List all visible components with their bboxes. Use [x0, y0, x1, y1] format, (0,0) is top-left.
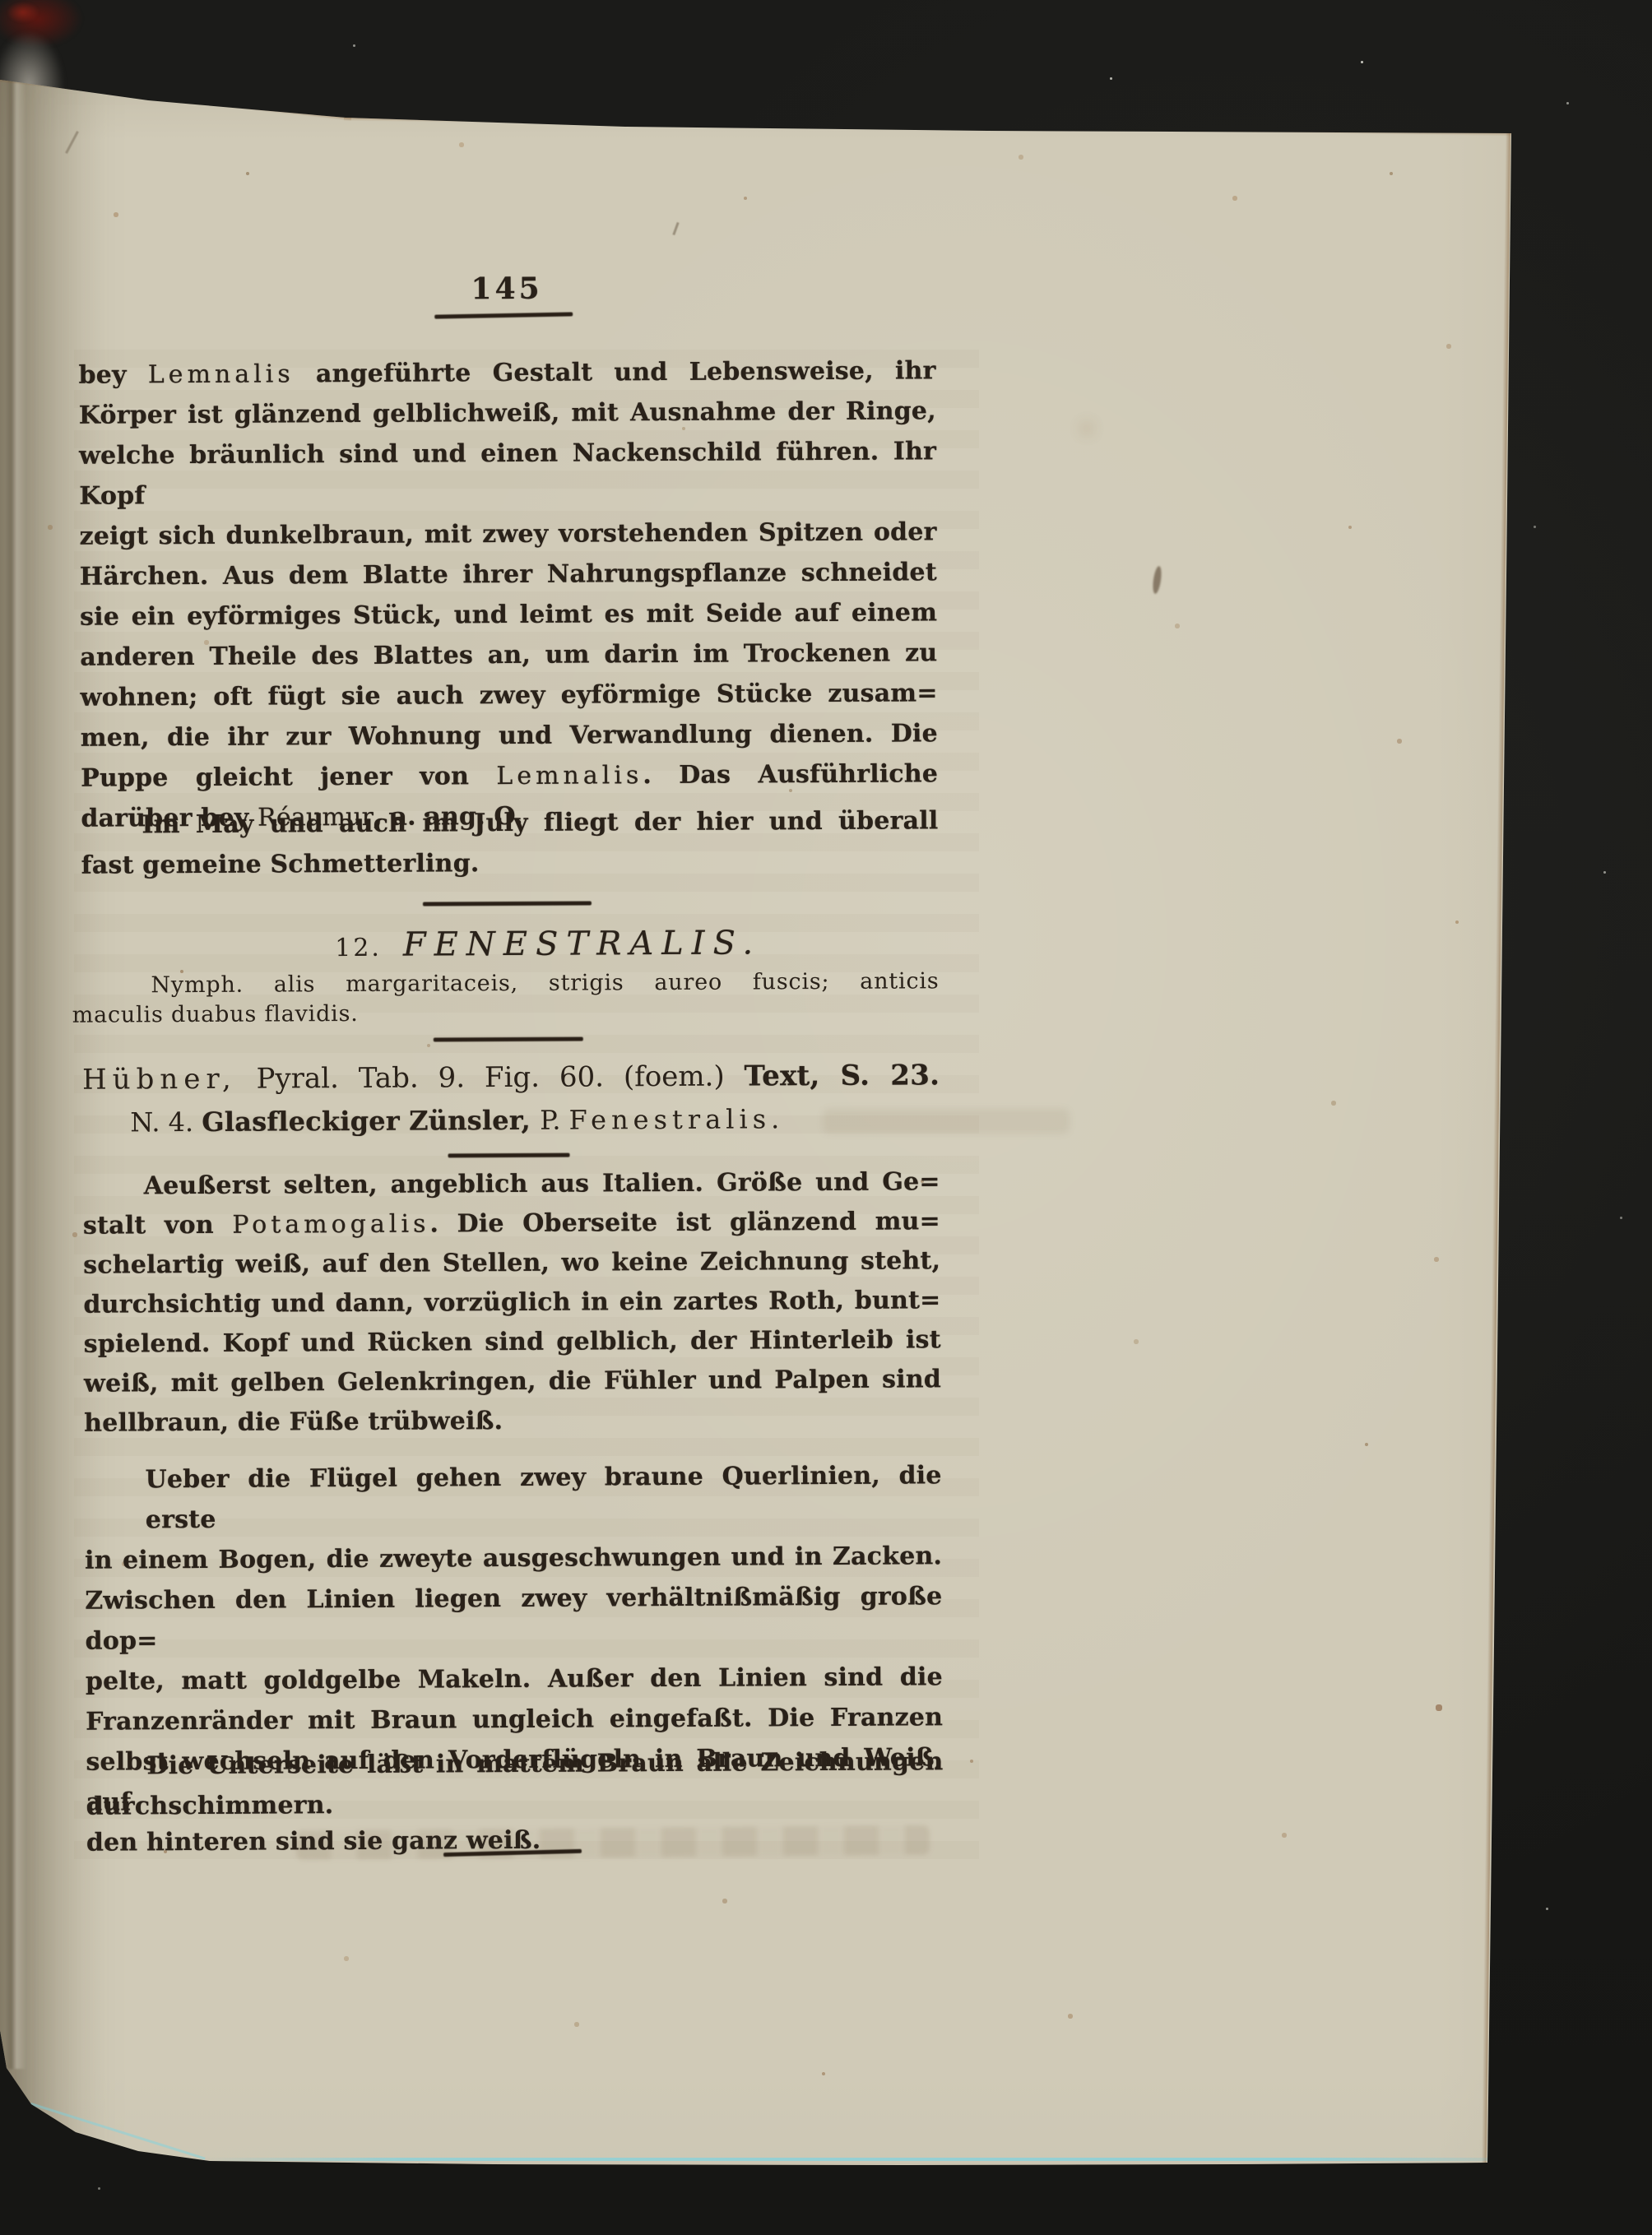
separator-rule — [434, 1037, 583, 1042]
text-line: Aeußerst selten, angeblich aus Italien. … — [83, 1162, 940, 1206]
reference-german-name: N. 4. Glasfleckiger Zünsler, P. Fenestra… — [82, 1100, 987, 1141]
page-number: 145 — [78, 269, 935, 309]
species-name: Lemnalis — [496, 761, 643, 791]
text-line: Ueber die Flügel gehen zwey braune Querl… — [84, 1455, 941, 1540]
species-name: Fenestralis. — [569, 1103, 785, 1135]
reference-huebner: Hübner, Pyral. Tab. 9. Fig. 60. (foem.) … — [82, 1056, 940, 1098]
paragraph-lemnalis-description: bey Lemnalis angeführte Gestalt und Lebe… — [78, 350, 938, 838]
section-title: FENESTRALIS. — [403, 924, 762, 963]
text-line: men, die ihr zur Wohnung und Verwandlung… — [81, 713, 938, 758]
paragraph-underside: Die Unterseite läßt in mattem Braun alle… — [86, 1741, 943, 1826]
separator-rule — [423, 901, 592, 906]
page-content: 145 bey Lemnalis angeführte Gestalt und … — [0, 0, 1652, 2235]
book-scan-view: 145 bey Lemnalis angeführte Gestalt und … — [0, 0, 1652, 2235]
section-heading: 12.FENESTRALIS. — [119, 923, 977, 968]
text-line: zeigt sich dunkelbraun, mit zwey vorsteh… — [79, 512, 936, 556]
scanner-dust — [0, 0, 1, 1]
paragraph-appearance: Aeußerst selten, angeblich aus Italien. … — [83, 1162, 942, 1443]
text-line: Zwischen den Linien liegen zwey verhältn… — [85, 1576, 942, 1661]
species-name: Potamogalis — [232, 1210, 429, 1240]
text-line: Härchen. Aus dem Blatte ihrer Nahrungspf… — [80, 552, 937, 596]
paragraph-flight-time: Im May und auch im July fliegt der hier … — [81, 800, 938, 885]
text-line: Franzenränder mit Braun ungleich eingefa… — [86, 1697, 943, 1741]
text-line: durchschimmern. — [86, 1782, 944, 1826]
text-line: hellbraun, die Füße trübweiß. — [84, 1399, 941, 1443]
text-line: maculis duabus flavidis. — [72, 996, 940, 1031]
text-line: Im May und auch im July fliegt der hier … — [81, 800, 938, 845]
text-line: welche bräunlich sind und einen Nackensc… — [79, 431, 936, 516]
binding-red-stain-bright — [7, 2, 39, 23]
text-line: stalt von Potamogalis. Die Oberseite ist… — [83, 1202, 940, 1245]
text-line: in einem Bogen, die zweyte ausgeschwunge… — [85, 1536, 942, 1580]
section-number: 12. — [335, 934, 382, 962]
species-name: Lemnalis — [148, 359, 295, 389]
text-line: Nymph. alis margaritaceis, strigis aureo… — [72, 967, 939, 1001]
text-line: anderen Theile des Blattes an, um darin … — [80, 633, 937, 677]
page-paper: 145 bey Lemnalis angeführte Gestalt und … — [0, 0, 1652, 2235]
text-line: bey Lemnalis angeführte Gestalt und Lebe… — [78, 350, 935, 395]
text-line: Körper ist glänzend gelblichweiß, mit Au… — [79, 391, 936, 435]
text-line: pelte, matt goldgelbe Makeln. Außer den … — [86, 1657, 943, 1701]
separator-rule — [448, 1153, 570, 1158]
latin-diagnosis: Nymph. alis margaritaceis, strigis aureo… — [72, 967, 939, 1031]
text-line: sie ein eyförmiges Stück, und leimt es m… — [80, 592, 937, 637]
text-line: wohnen; oft fügt sie auch zwey eyförmige… — [80, 673, 937, 717]
text-line: fast gemeine Schmetterling. — [81, 841, 939, 885]
text-line: spielend. Kopf und Rücken sind gelblich,… — [84, 1320, 941, 1364]
text-line: schelartig weiß, auf den Stellen, wo kei… — [83, 1241, 940, 1285]
author-name: Hübner, — [82, 1063, 237, 1097]
text-line: weiß, mit gelben Gelenkringen, die Fühle… — [84, 1360, 941, 1403]
text-line: Die Unterseite läßt in mattem Braun alle… — [86, 1741, 943, 1786]
page-number-rule — [434, 312, 573, 318]
text-line: durchsichtig und dann, vorzüglich in ein… — [83, 1281, 940, 1324]
text-line: Puppe gleicht jener von Lemnalis. Das Au… — [81, 754, 938, 798]
